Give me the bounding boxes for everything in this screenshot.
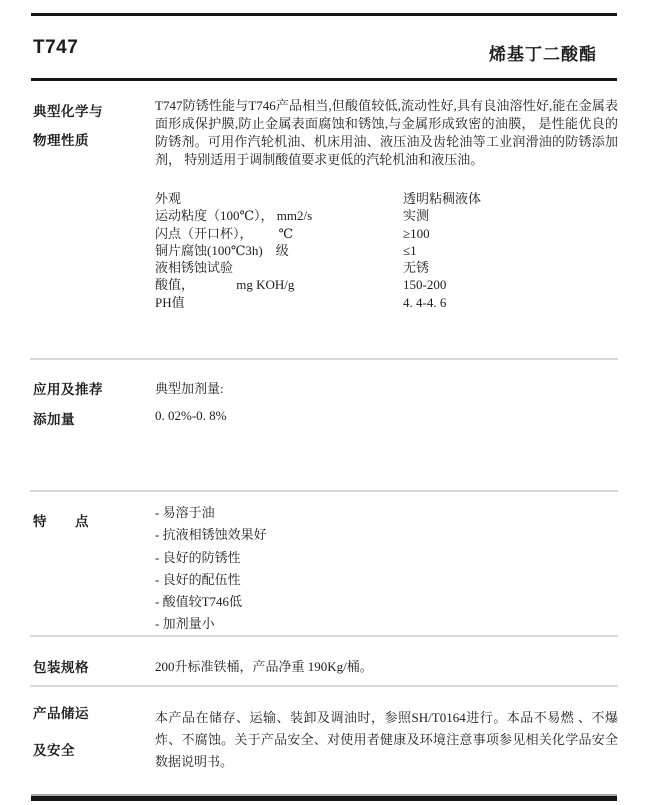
property-value: 150-200 — [403, 276, 446, 293]
feature-item: - 加剂量小 — [155, 613, 267, 635]
property-name: PH值 — [155, 295, 185, 310]
datasheet-page: T747 烯基丁二酸酯 典型化学与 物理性质 T747防锈性能与T746产品相当… — [0, 0, 654, 805]
properties-table: 外观 透明粘稠液体 运动粘度（100℃）， mm2/s 实测 闪点（开口杯）， … — [155, 190, 618, 311]
feature-item: - 抗液相锈蚀效果好 — [155, 524, 267, 546]
property-row: PH值 4. 4-4. 6 — [155, 294, 618, 311]
section-label-storage-line2: 及安全 — [33, 739, 75, 759]
storage-content: 本产品在储存、运输、装卸及调油时，参照SH/T0164进行。本品不易燃 、不爆炸… — [155, 707, 618, 773]
feature-item: - 酸值较T746低 — [155, 591, 267, 613]
section-label-features: 特 点 — [33, 510, 89, 530]
property-row: 闪点（开口杯）， ℃ ≥100 — [155, 225, 618, 242]
property-value: 透明粘稠液体 — [403, 190, 481, 207]
property-value: ≤1 — [403, 242, 417, 259]
product-name: 烯基丁二酸酯 — [489, 40, 597, 65]
property-row: 铜片腐蚀(100℃3h) 级 ≤1 — [155, 242, 618, 259]
bottom-rule — [31, 796, 617, 801]
top-rule — [31, 13, 617, 16]
section-label-packaging: 包装规格 — [33, 656, 89, 676]
property-value: 4. 4-4. 6 — [403, 294, 446, 311]
property-value: 实测 — [403, 207, 429, 224]
header-rule — [31, 78, 617, 81]
section-separator — [30, 358, 618, 360]
features-list: - 易溶于油 - 抗液相锈蚀效果好 - 良好的防锈性 - 良好的配伍性 - 酸值… — [155, 502, 267, 636]
product-code: T747 — [33, 37, 78, 59]
property-name: 铜片腐蚀(100℃3h) 级 — [155, 243, 289, 258]
property-name: 闪点（开口杯）， ℃ — [155, 226, 293, 241]
section-separator — [30, 685, 618, 687]
section-label-storage-line1: 产品储运 — [33, 702, 89, 722]
section-label-properties-line2: 物理性质 — [33, 129, 89, 149]
property-name: 酸值， mg KOH/g — [155, 277, 294, 292]
property-value: ≥100 — [403, 225, 430, 242]
section-label-properties-line1: 典型化学与 — [33, 100, 103, 120]
property-name: 液相锈蚀试验 — [155, 260, 233, 275]
dosage-content: 0. 02%-0. 8% — [155, 408, 227, 424]
section-label-application: 应用及推荐 — [33, 378, 103, 398]
section-label-dosage: 添加量 — [33, 408, 75, 428]
property-row: 运动粘度（100℃）， mm2/s 实测 — [155, 207, 618, 224]
property-value: 无锈 — [403, 259, 429, 276]
property-row: 酸值， mg KOH/g 150-200 — [155, 276, 618, 293]
property-name: 外观 — [155, 191, 181, 206]
property-row: 外观 透明粘稠液体 — [155, 190, 618, 207]
application-content: 典型加剂量: — [155, 378, 224, 397]
section-separator — [30, 635, 618, 637]
property-row: 液相锈蚀试验 无锈 — [155, 259, 618, 276]
packaging-content: 200升标准铁桶，产品净重 190Kg/桶。 — [155, 656, 373, 675]
property-name: 运动粘度（100℃）， mm2/s — [155, 208, 312, 223]
feature-item: - 易溶于油 — [155, 502, 267, 524]
feature-item: - 良好的防锈性 — [155, 547, 267, 569]
properties-description: T747防锈性能与T746产品相当,但酸值较低,流动性好,具有良油溶性好,能在金… — [155, 97, 618, 169]
section-separator — [30, 490, 618, 492]
feature-item: - 良好的配伍性 — [155, 569, 267, 591]
